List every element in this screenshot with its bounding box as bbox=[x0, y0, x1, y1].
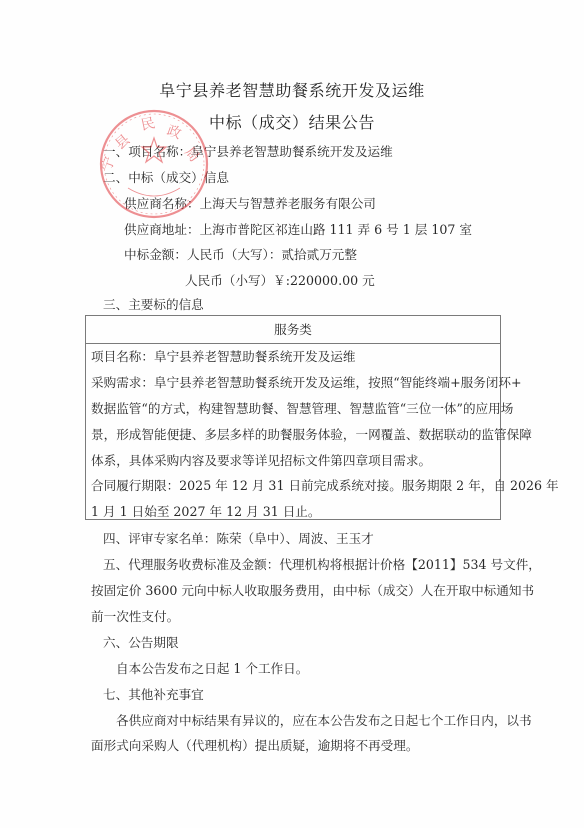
document-title: 阜宁县养老智慧助餐系统开发及运维 bbox=[0, 78, 584, 101]
section-agency-fee-line: 按固定价 3600 元向中标人收取服务费用，由中标（成交）人在开取中标通知书 bbox=[91, 583, 534, 599]
table-contract-line: 合同履行期限：2025 年 12 月 31 日前完成系统对接。服务期限 2 年，… bbox=[91, 478, 559, 494]
supplier-address: 供应商地址：上海市普陀区祁连山路 111 弄 6 号 1 层 107 室 bbox=[124, 222, 472, 238]
supplier-name: 供应商名称：上海天与智慧养老服务有限公司 bbox=[124, 196, 376, 212]
section-agency-fee-line: 前一次性支付。 bbox=[91, 609, 179, 625]
document-subtitle: 中标（成交）结果公告 bbox=[0, 110, 584, 133]
table-header: 服务类 bbox=[86, 322, 500, 338]
section-award-heading: 二、中标（成交）信息 bbox=[103, 170, 229, 186]
section-notice-period-body: 自本公告发布之日起 1 个工作日。 bbox=[116, 661, 308, 677]
table-requirement-line: 景，形成智能便捷、多层多样的助餐服务体验，一网覆盖、数据联动的监管保障 bbox=[91, 427, 532, 443]
section-notice-period-heading: 六、公告期限 bbox=[103, 635, 179, 651]
section-other-heading: 七、其他补充事宜 bbox=[103, 687, 204, 703]
table-project-name: 项目名称：阜宁县养老智慧助餐系统开发及运维 bbox=[91, 349, 355, 365]
table-contract-line: 1 月 1 日始至 2027 年 12 月 31 日止。 bbox=[91, 504, 321, 520]
document-page: 阜宁县养老智慧助餐系统开发及运维 中标（成交）结果公告 一、项目名称：阜宁县养老… bbox=[0, 0, 584, 828]
section-other-line: 面形式向采购人（代理机构）提出质疑，逾期将不再受理。 bbox=[91, 738, 418, 754]
table-requirement-line: 采购需求：阜宁县养老智慧助餐系统开发及运维，按照“智能终端+服务闭环+ bbox=[91, 375, 522, 391]
section-agency-fee-line: 五、代理服务收费标准及金额：代理机构将根据计价格【2011】534 号文件， bbox=[103, 557, 541, 573]
award-amount-upper: 中标金额：人民币（大写）：贰拾贰万元整 bbox=[124, 247, 357, 263]
table-requirement-line: 数据监管“的方式，构建智慧助餐、智慧管理、智慧监管“三位一体”的应用场 bbox=[91, 401, 513, 417]
section-experts: 四、评审专家名单：陈荣（阜中）、周波、王玉才 bbox=[103, 531, 374, 547]
section-main-subject-heading: 三、主要标的信息 bbox=[103, 297, 204, 313]
section-project-name: 一、项目名称：阜宁县养老智慧助餐系统开发及运维 bbox=[103, 144, 393, 160]
award-amount-lower: 人民币（小写）￥:220000.00 元 bbox=[185, 273, 375, 289]
table-divider bbox=[86, 343, 500, 344]
table-requirement-line: 体系，具体采购内容及要求等详见招标文件第四章项目需求。 bbox=[91, 453, 431, 469]
section-other-line: 各供应商对中标结果有异议的，应在本公告发布之日起七个工作日内，以书 bbox=[116, 713, 532, 729]
